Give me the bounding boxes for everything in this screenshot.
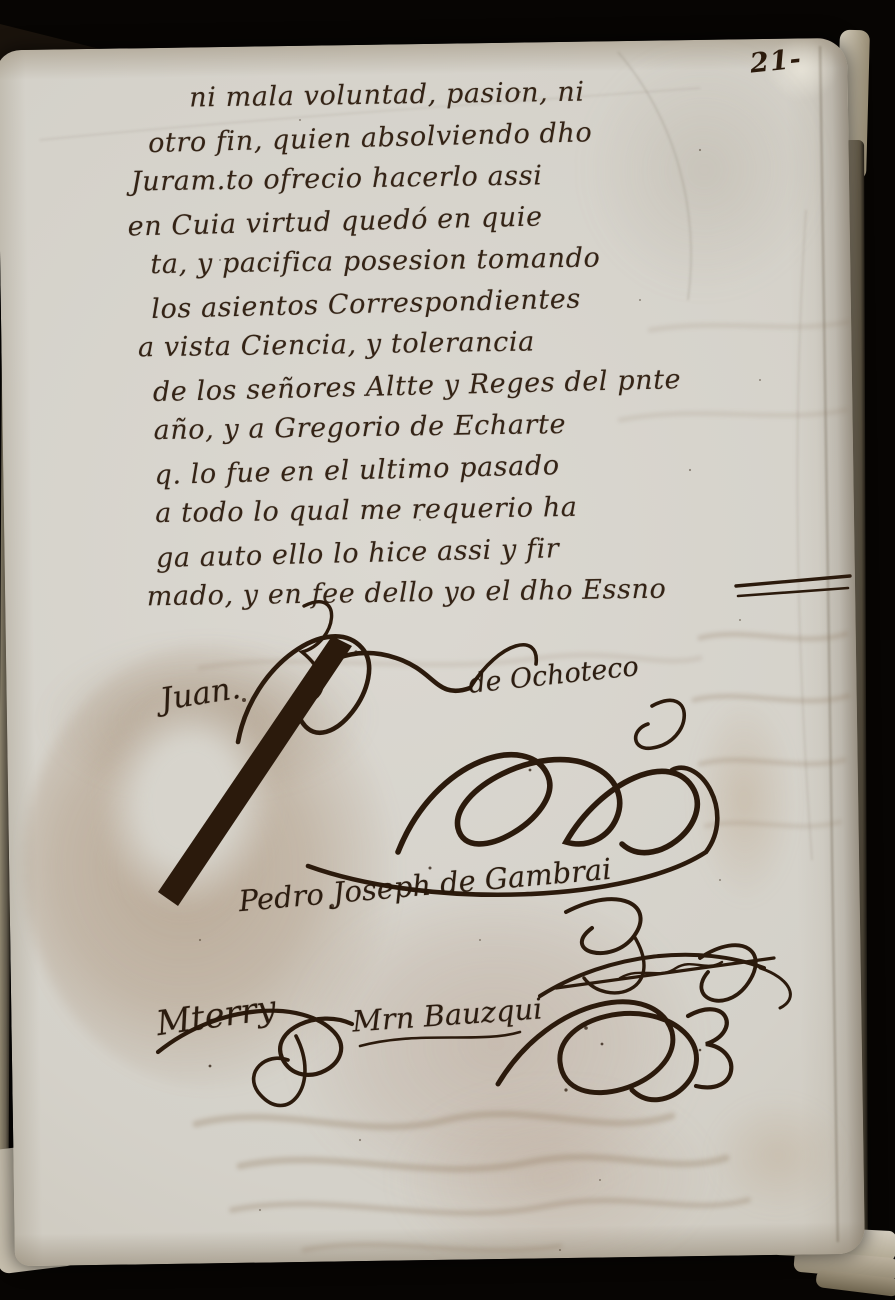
manuscript-photo: 21- ni mala voluntad, pasion, ni otro fi… xyxy=(0,0,895,1300)
folio-number: 21- xyxy=(749,43,804,79)
page-fold-line xyxy=(819,46,839,1242)
manuscript-text-block: ni mala voluntad, pasion, ni otro fin, q… xyxy=(123,68,753,619)
stain-right-bottom xyxy=(707,1094,849,1216)
stain-right-middle xyxy=(691,695,798,907)
